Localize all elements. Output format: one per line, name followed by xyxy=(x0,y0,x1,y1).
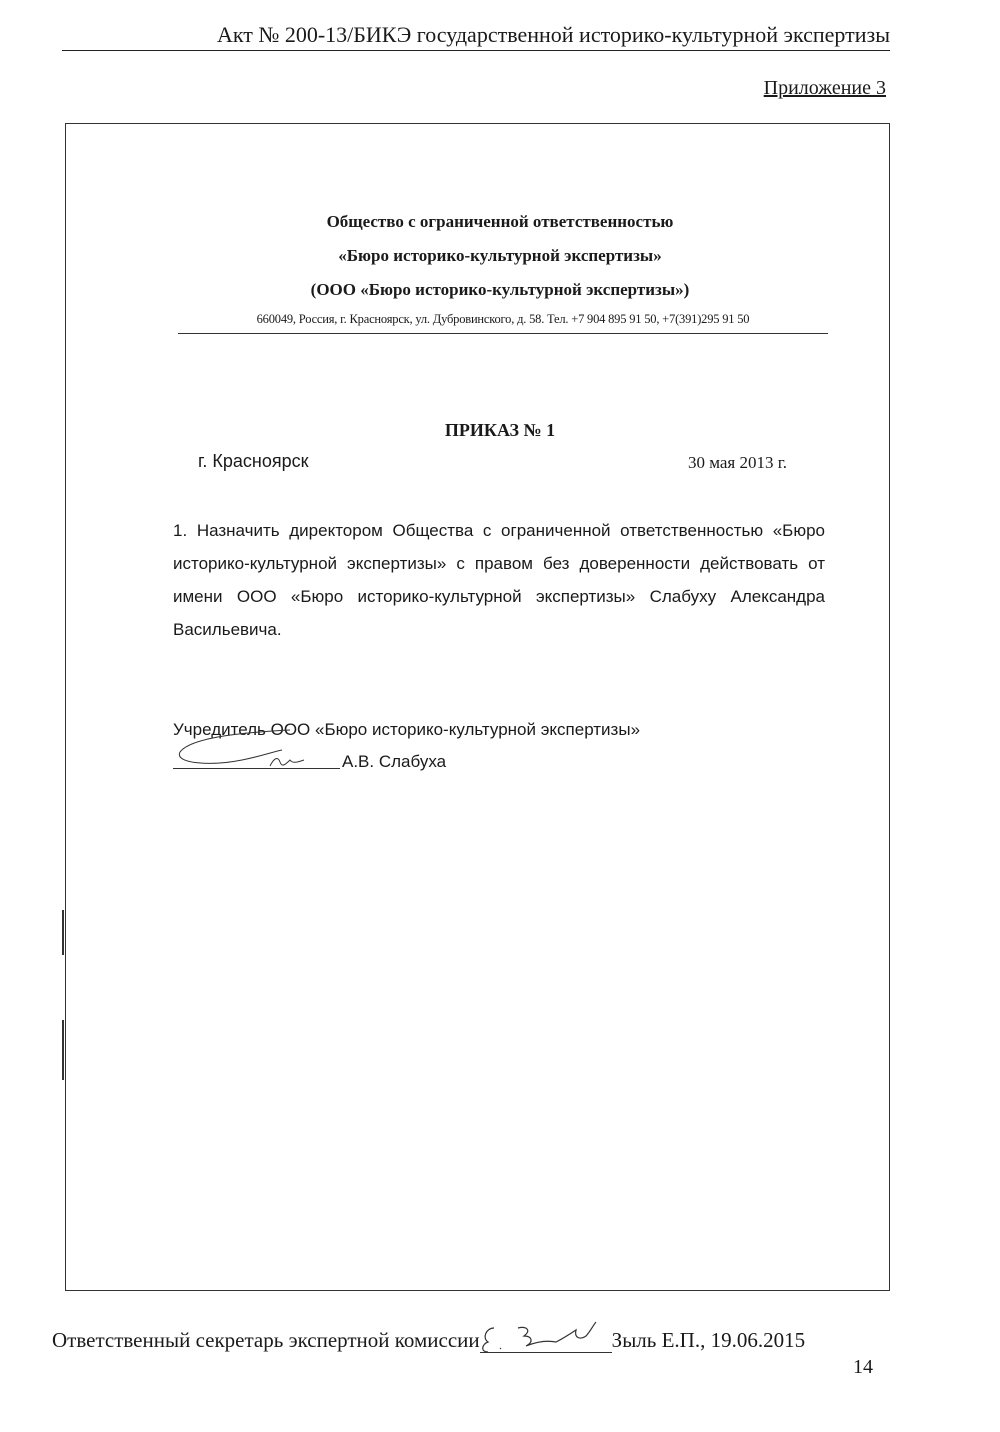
order-title: ПРИКАЗ № 1 xyxy=(0,420,1000,441)
scan-margin-mark xyxy=(62,910,64,955)
footer-line: Ответственный секретарь экспертной комис… xyxy=(52,1328,805,1353)
appendix-label: Приложение 3 xyxy=(764,77,886,100)
secretary-name: Зыль Е.П., 19.06.2015 xyxy=(612,1328,805,1352)
secretary-signature-icon xyxy=(480,1322,612,1354)
act-title-header: Акт № 200-13/БИКЭ государственной истори… xyxy=(62,22,890,51)
org-address: 660049, Россия, г. Красноярск, ул. Дубро… xyxy=(178,312,828,334)
page-number: 14 xyxy=(853,1356,873,1379)
order-city: г. Красноярск xyxy=(198,451,308,472)
org-name-line1: Общество с ограниченной ответственностью xyxy=(0,212,1000,232)
org-name-line3: (ООО «Бюро историко-культурной экспертиз… xyxy=(0,280,1000,300)
signatory-name: А.В. Слабуха xyxy=(342,752,446,772)
order-item-1: 1. Назначить директором Общества с огран… xyxy=(173,514,825,646)
secretary-label: Ответственный секретарь экспертной комис… xyxy=(52,1328,480,1352)
order-date: 30 мая 2013 г. xyxy=(688,453,787,473)
founder-signature-icon xyxy=(172,722,342,772)
scan-margin-mark xyxy=(62,1020,64,1080)
secretary-signature-line xyxy=(480,1330,612,1353)
org-name-line2: «Бюро историко-культурной экспертизы» xyxy=(0,246,1000,266)
